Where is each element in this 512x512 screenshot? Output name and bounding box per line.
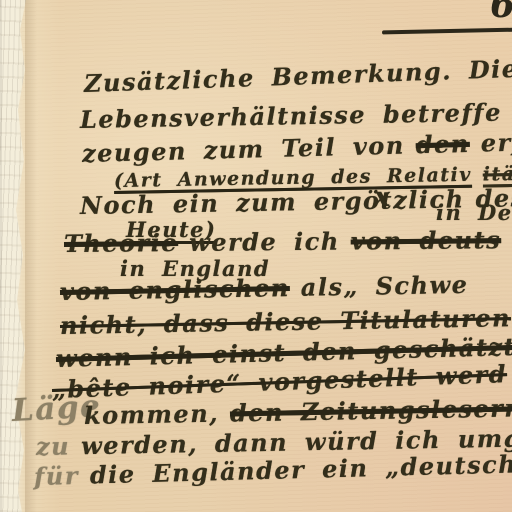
text-segment: von deuts xyxy=(351,228,502,253)
text-segment: Noch ein zum ergötzlich xyxy=(80,187,465,218)
line-zeugen-zum-teil: zeugen zum Teil vondenerf xyxy=(82,130,512,166)
text-segment: x xyxy=(374,184,392,211)
line-zusatzliche-bemerkung: Zusätzliche Bemerkung. Die m xyxy=(84,55,512,96)
text-segment: den xyxy=(415,132,470,157)
line-kommen: kommen,den Zeitungslesern der d xyxy=(84,395,512,428)
text-segment: kommen, xyxy=(84,402,219,428)
text-segment: werde ich xyxy=(189,230,340,255)
text-segment: Lebensverhältnisse betreffe xyxy=(80,101,502,132)
text-segment: als„ Schwe xyxy=(301,273,469,300)
text-segment: für xyxy=(34,464,80,489)
line-von-englischen: von englischenals„ Schwe xyxy=(60,273,469,304)
text-segment: von englischen xyxy=(60,276,290,304)
manuscript-page: 6 Zusätzliche Bemerkung. Die mLebensverh… xyxy=(0,0,512,512)
text-segment: in Deu xyxy=(436,202,512,223)
text-segment: zeugen zum Teil von xyxy=(82,134,405,166)
x-mark: x xyxy=(374,184,392,211)
text-segment: den Zeitungslesern der d xyxy=(230,395,512,426)
header-rule-line xyxy=(382,28,512,34)
text-segment: itäts xyxy=(483,165,512,185)
line-theorie-werde-ich: Theoriewerde ichvon deuts xyxy=(64,228,501,256)
text-segment: zu xyxy=(36,434,70,459)
page-corner-mark: 6 xyxy=(490,0,512,26)
fragment-in-deutschland: in Deu xyxy=(436,202,512,223)
text-segment: erf xyxy=(480,130,512,155)
text-segment: Zusätzliche Bemerkung. Die m xyxy=(84,55,512,96)
line-lebensverhaltnisse: Lebensverhältnisse betreffe xyxy=(80,101,502,132)
text-segment: Theorie xyxy=(64,231,178,256)
